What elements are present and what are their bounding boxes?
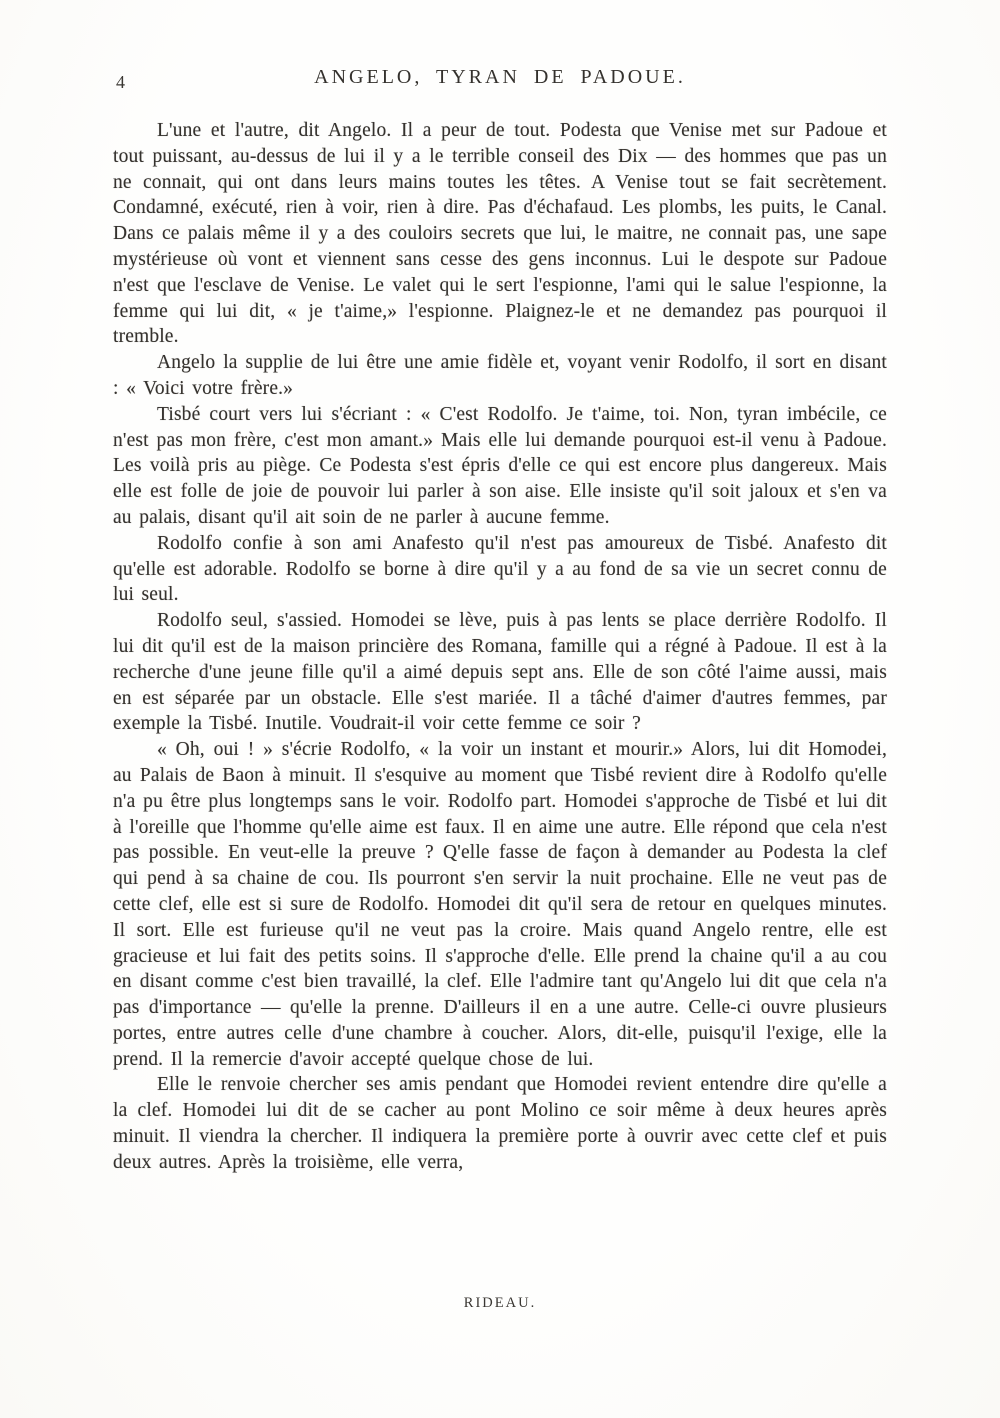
running-title: ANGELO, TYRAN DE PADOUE. (0, 66, 1000, 89)
body-paragraph: « Oh, oui ! » s'écrie Rodolfo, « la voir… (113, 737, 887, 1072)
body-paragraph: L'une et l'autre, dit Angelo. Il a peur … (113, 118, 887, 350)
body-paragraph: Elle le renvoie chercher ses amis pendan… (113, 1072, 887, 1175)
body-paragraph: Angelo la supplie de lui être une amie f… (113, 350, 887, 402)
body-paragraph: Rodolfo seul, s'assied. Homodei se lève,… (113, 608, 887, 737)
body-paragraph: Rodolfo confie à son ami Anafesto qu'il … (113, 531, 887, 608)
curtain-label: RIDEAU. (0, 1295, 1000, 1312)
page-body: L'une et l'autre, dit Angelo. Il a peur … (113, 118, 887, 1176)
body-paragraph: Tisbé court vers lui s'écriant : « C'est… (113, 402, 887, 531)
scanned-book-page: 4 ANGELO, TYRAN DE PADOUE. L'une et l'au… (0, 0, 1000, 1418)
